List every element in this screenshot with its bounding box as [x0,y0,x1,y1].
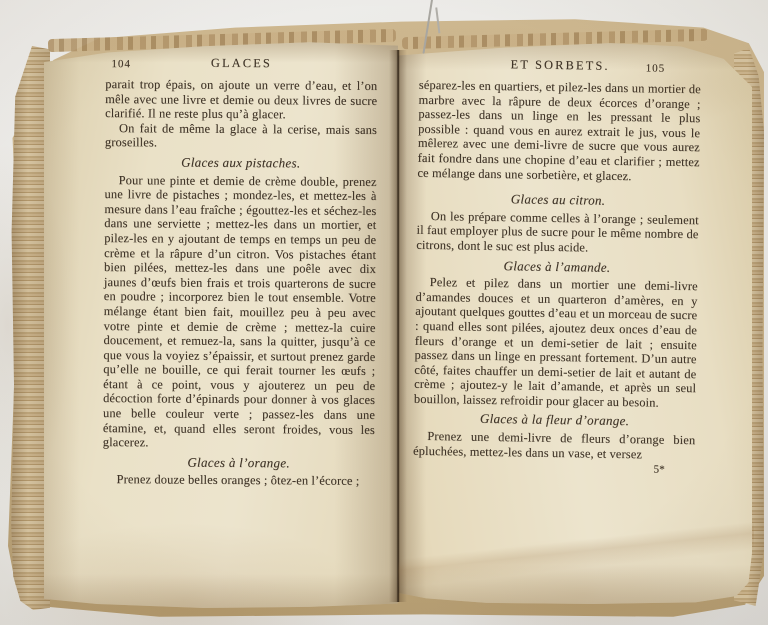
right-folio-number: 105 [646,61,666,76]
open-book: 104 GLACES parait trop épais, on ajoute … [0,0,768,625]
heading-glaces-aux-pistaches: Glaces aux pistaches. [105,155,377,171]
right-running-head: ET SORBETS. 105 [419,56,701,79]
heading-glaces-a-l-orange: Glaces à l’orange. [103,455,375,471]
photo-background-surface: 104 GLACES parait trop épais, on ajoute … [0,0,768,625]
paragraph: Prenez douze belles oranges ; ôtez-en l’… [102,472,374,488]
paragraph: Pour une pinte et demie de crème double,… [103,173,377,452]
left-running-head: 104 GLACES [105,55,377,76]
heading-glaces-a-l-amande: Glaces à l’amande. [416,257,698,276]
paragraph: Prenez une demi-livre de fleurs d’orange… [413,429,695,463]
left-running-title: GLACES [105,55,377,71]
heading-glaces-au-citron: Glaces au citron. [417,191,699,210]
right-page-text-block: ET SORBETS. 105 séparez-les en quartiers… [413,56,702,478]
paragraph-continuation: parait trop épais, on ajoute un verre d’… [105,77,377,123]
paragraph: Pelez et pilez dans un mortier une demi-… [414,275,698,411]
left-folio-number: 104 [111,57,131,72]
paragraph-continuation: séparez-les en quartiers, et pilez-les d… [417,78,701,185]
heading-glaces-a-la-fleur-d-orange: Glaces à la fleur d’orange. [413,411,695,430]
paragraph: On fait de même la glace à la cerise, ma… [105,121,377,152]
paragraph: On les prépare comme celles à l’orange ;… [416,209,699,257]
left-page-text-block: 104 GLACES parait trop épais, on ajoute … [102,55,377,489]
gutter-shadow [389,50,407,602]
